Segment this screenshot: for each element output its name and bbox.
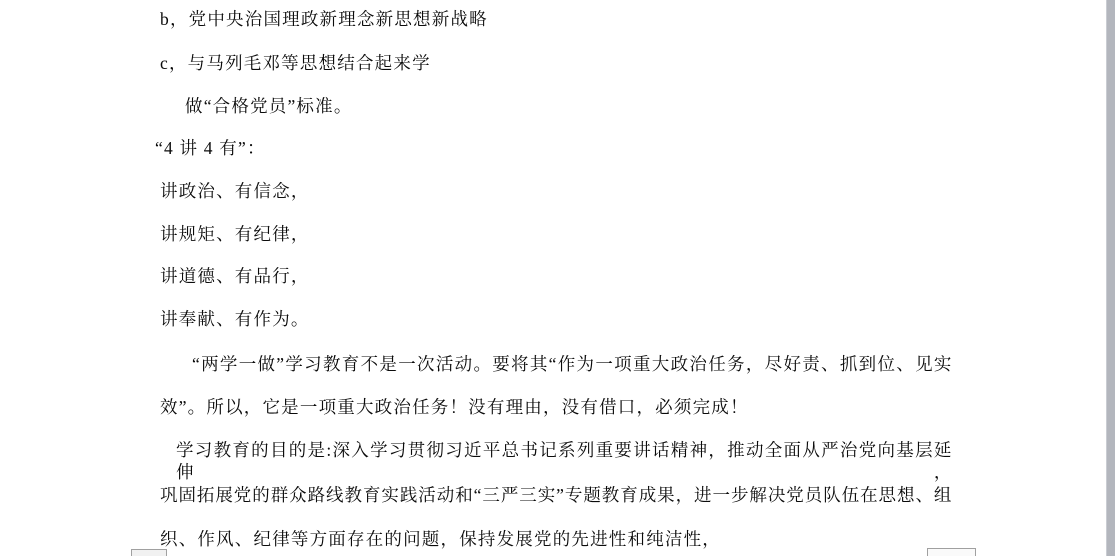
- doc-line: “4 讲 4 有”：: [155, 137, 947, 159]
- doc-line: 讲政治、有信念，: [160, 180, 952, 202]
- document-viewport: b，党中央治国理政新理念新思想新战略 c，与马列毛邓等思想结合起来学 做“合格党…: [0, 0, 1115, 556]
- doc-line: 讲奉献、有作为。: [160, 308, 952, 330]
- doc-line: c，与马列毛邓等思想结合起来学: [160, 52, 952, 74]
- vertical-scrollbar[interactable]: [1106, 0, 1115, 556]
- bottom-right-partial-button[interactable]: [927, 548, 976, 556]
- doc-line: b，党中央治国理政新理念新思想新战略: [160, 8, 952, 30]
- doc-line: 织、作风、纪律等方面存在的问题，保持发展党的先进性和纯洁性，: [160, 528, 952, 550]
- doc-line: “两学一做”学习教育不是一次活动。要将其“作为一项重大政治任务，尽好责、抓到位、…: [160, 353, 952, 375]
- doc-line: 巩固拓展党的群众路线教育实践活动和“三严三实”专题教育成果，进一步解决党员队伍在…: [160, 484, 952, 506]
- document-text-block: b，党中央治国理政新理念新思想新战略 c，与马列毛邓等思想结合起来学 做“合格党…: [160, 0, 952, 556]
- doc-line: 讲道德、有品行，: [160, 265, 952, 287]
- doc-line: 效”。所以，它是一项重大政治任务！没有理由，没有借口，必须完成！: [160, 396, 952, 418]
- doc-line: 学习教育的目的是:深入学习贯彻习近平总书记系列重要讲话精神，推动全面从严治党向基…: [160, 439, 952, 483]
- bottom-left-partial-button[interactable]: [131, 549, 167, 556]
- doc-line: 做“合格党员”标准。: [160, 95, 952, 117]
- doc-line: 讲规矩、有纪律，: [160, 223, 952, 245]
